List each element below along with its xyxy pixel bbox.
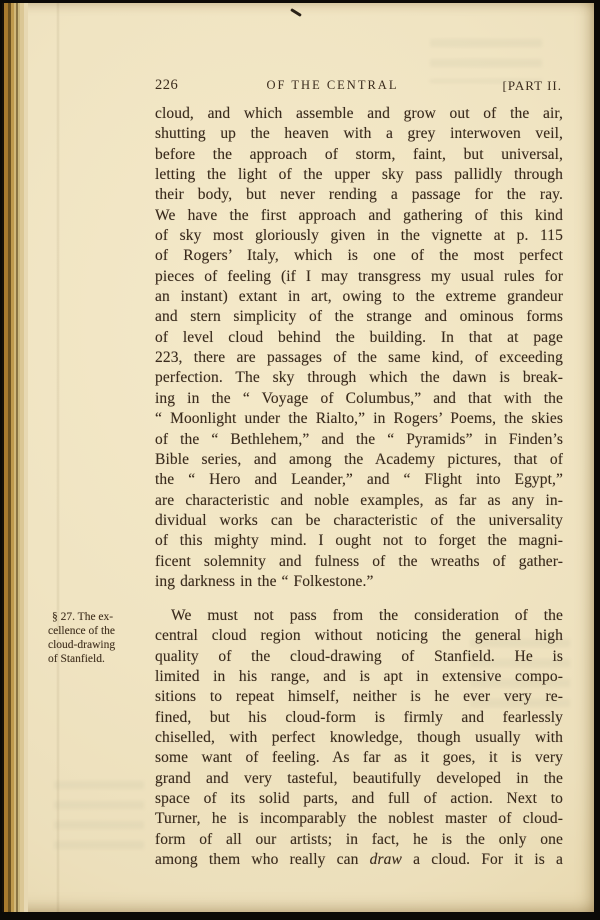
part-label: [PART II. [502,77,562,94]
paragraph-2-lines: We must not pass from the consideration … [155,607,563,851]
text-line: perfection. The sky through which the da… [155,369,563,389]
text-line: ing in the “ Voyage of Columbus,” and th… [155,390,563,410]
last-line-after: a cloud. For it is a [402,851,563,868]
margin-note-lines: § 27. The ex-cellence of thecloud-drawin… [48,611,154,667]
text-line: 223, there are passages of the same kind… [155,349,563,369]
text-line: the “ Hero and Leander,” and “ Flight in… [155,471,563,491]
text-line: an instant) extant in art, owing to the … [155,288,563,308]
text-line: cloud, and which assemble and grow out o… [155,105,563,125]
text-line: Turner, he is incomparably the noblest m… [155,810,563,830]
text-line: of level cloud behind the building. In t… [155,329,563,349]
text-line: and stern simplicity of the strange and … [155,308,563,328]
text-line: ficent solemnity and fulness of the wrea… [155,553,563,573]
text-line: are characteristic and noble examples, a… [155,492,563,512]
text-line-with-italic: among them who really can draw a cloud. … [155,851,563,871]
text-line: letting the light of the upper sky pass … [155,166,563,186]
paragraph-1: cloud, and which assemble and grow out o… [155,105,563,593]
last-line-before: among them who really can [155,851,370,868]
paragraph-1-lines: cloud, and which assemble and grow out o… [155,105,563,593]
text-line: some want of feeling. As far as it goes,… [155,749,563,769]
running-header: 226 OF THE CENTRAL [PART II. [2,77,594,95]
text-line: We have the first approach and gathering… [155,207,563,227]
scanned-book-page: 226 OF THE CENTRAL [PART II. § 27. The e… [0,0,600,920]
text-line: before the approach of storm, faint, but… [155,146,563,166]
text-line: “ Moonlight under the Rialto,” in Rogers… [155,410,563,430]
running-title: OF THE CENTRAL [250,77,415,93]
text-line: We must not pass from the consideration … [155,607,563,627]
page-crease [56,3,60,912]
book-page-edges [2,3,28,912]
text-line: pieces of feeling (if I may transgress m… [155,268,563,288]
text-line: chiselled, with perfect knowledge, thoug… [155,729,563,749]
text-line: limited in his range, and is apt in exte… [155,668,563,688]
margin-note-line: cellence of the [48,625,154,639]
paragraph-2: We must not pass from the consideration … [155,607,563,871]
text-line: dividual works can be characteristic of … [155,512,563,532]
text-line: quality of the cloud-drawing of Stanfiel… [155,648,563,668]
margin-note-line: cloud-drawing [48,639,154,653]
bleed-through-ghost [54,781,144,851]
italic-word-draw: draw [370,851,402,868]
page-number: 226 [155,77,178,94]
text-line: central cloud region without noticing th… [155,627,563,647]
text-line: of the “ Bethlehem,” and the “ Pyramids”… [155,431,563,451]
text-line: sitions to repeat himself, neither is he… [155,688,563,708]
text-line: space of its solid parts, and full of ac… [155,790,563,810]
margin-note-section-27: § 27. The ex-cellence of thecloud-drawin… [48,611,154,667]
text-line: shutting up the heaven with a grey inter… [155,125,563,145]
text-line: their body, but never rending a passage … [155,186,563,206]
book-page: 226 OF THE CENTRAL [PART II. § 27. The e… [2,3,594,912]
text-line: of this mighty mind. I ought not to forg… [155,532,563,552]
text-line: Bible series, and among the Academy pict… [155,451,563,471]
text-line: form of all our artists; in fact, he is … [155,831,563,851]
text-line: grand and very tasteful, beautifully dev… [155,770,563,790]
text-line: ing darkness in the “ Folkestone.” [155,573,563,593]
margin-note-line: of Stanfield. [48,653,154,667]
margin-note-line: § 27. The ex- [48,611,154,625]
ink-speck [290,8,302,17]
text-line: of Rogers’ Italy, which is one of the mo… [155,247,563,267]
text-line: of sky most gloriously given in the vign… [155,227,563,247]
text-line: fined, but his cloud-form is firmly and … [155,709,563,729]
